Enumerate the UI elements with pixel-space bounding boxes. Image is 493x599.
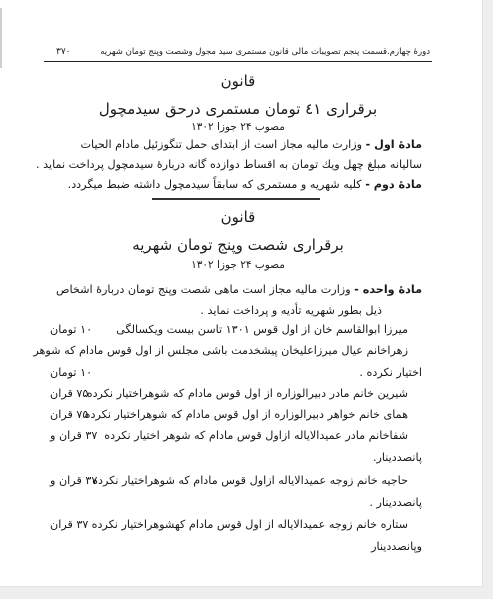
- beneficiary-entry: میرزا ابوالقاسم خان از اول قوس ۱۳۰۱ تاسن…: [50, 323, 422, 336]
- law1-article2: مادهٔ دوم - کلیه شهریه و مستمری که سابقا…: [50, 178, 422, 191]
- beneficiary-entry: شیرین خانم مادر دبیرالوزاره از اول قوس م…: [50, 387, 422, 400]
- law2-article-line1: مادهٔ واحده - وزارت مالیه مجاز است ماهی …: [50, 283, 422, 296]
- law2-approval: مصوب ۲۴ جوزا ۱۳۰۲: [44, 259, 432, 271]
- entry-text: میرزا ابوالقاسم خان از اول قوس ۱۳۰۱ تاسن…: [116, 323, 408, 336]
- entry-amount: ۳۷ قران: [50, 518, 88, 531]
- entry-text: شفاخانم مادر عمیدالایاله ازاول قوس مادام…: [104, 429, 408, 442]
- beneficiary-entry-continued: پانصددینار.: [50, 451, 422, 464]
- article-single-label: مادهٔ واحده -: [354, 283, 422, 296]
- law1-heading: قانون: [44, 72, 432, 90]
- entry-text: همای خانم خواهر دبیرالوزاره از اول قوس م…: [85, 408, 408, 421]
- running-head: دورهٔ چهارم.قسمت پنجم تصویبات مالی قانون…: [44, 45, 432, 62]
- entry-text: حاجیه خانم زوجه عمیدالایاله ازاول قوس ما…: [92, 474, 408, 487]
- beneficiary-entry: ستاره خانم زوجه عمیدالایاله از اول قوس م…: [50, 518, 422, 531]
- beneficiary-entry: زهراخانم عیال میرزاعلیخان پیشخدمت باشی م…: [50, 344, 422, 357]
- article-single-text: وزارت مالیه مجاز است ماهی شصت وپنج تومان…: [56, 283, 351, 296]
- law1-approval: مصوب ۲۴ جوزا ۱۳۰۲: [44, 121, 432, 133]
- law1-article1-line2: سالیانه مبلغ چهل ویك تومان به اقساط دواز…: [50, 158, 422, 171]
- running-head-text: دورهٔ چهارم.قسمت پنجم تصویبات مالی قانون…: [100, 45, 430, 59]
- entry-text: پانصددینار .: [369, 496, 422, 509]
- article2-text: کلیه شهریه و مستمری که سابقاً سیدمچول دا…: [68, 178, 362, 191]
- entry-amount: ۷۵ قران: [50, 387, 88, 400]
- entry-amount: ۳۷ قران و: [50, 474, 97, 487]
- beneficiary-entry-continued: وپانصددینار: [50, 540, 422, 553]
- entry-amount: ۱۰ تومان: [50, 366, 92, 379]
- beneficiary-entry: شفاخانم مادر عمیدالایاله ازاول قوس مادام…: [50, 429, 422, 442]
- page-number: ۳۷۰: [56, 45, 71, 59]
- entry-text: شیرین خانم مادر دبیرالوزاره از اول قوس م…: [87, 387, 408, 400]
- entry-text: زهراخانم عیال میرزاعلیخان پیشخدمت باشی م…: [33, 344, 408, 357]
- law1-title: برقراری ٤١ تومان مستمری درحق سیدمچول: [44, 100, 432, 118]
- article2-label: مادهٔ دوم -: [365, 178, 422, 191]
- entry-text: پانصددینار.: [373, 451, 422, 464]
- entry-amount: ۱۰ تومان: [50, 323, 92, 336]
- article1-label: مادهٔ اول -: [366, 138, 422, 151]
- law2-heading: قانون: [44, 208, 432, 226]
- document-page: دورهٔ چهارم.قسمت پنجم تصویبات مالی قانون…: [0, 0, 483, 587]
- beneficiary-entry: همای خانم خواهر دبیرالوزاره از اول قوس م…: [50, 408, 422, 421]
- entry-text: ستاره خانم زوجه عمیدالایاله از اول قوس م…: [92, 518, 408, 531]
- page-edge: [0, 8, 2, 68]
- entry-amount: ۳۷ قران و: [50, 429, 97, 442]
- entry-text: وپانصددینار: [371, 540, 422, 553]
- beneficiary-entry-continued: پانصددینار .: [50, 496, 422, 509]
- law2-article-line2: ذیل بطور شهریه تأدیه و پرداخت نماید .: [50, 304, 422, 317]
- law1-article1-line1: مادهٔ اول - وزارت مالیه مجاز است از ابتد…: [50, 138, 422, 151]
- beneficiary-entry-continued: اختیار نکرده . ۱۰ تومان: [50, 366, 422, 379]
- entry-text: اختیار نکرده .: [359, 366, 422, 379]
- law2-title: برقراری شصت وپنج تومان شهریه: [44, 236, 432, 254]
- section-divider: [152, 198, 320, 200]
- article1-text: وزارت مالیه مجاز است از ابتدای حمل تنگوز…: [81, 138, 363, 151]
- beneficiary-entry: حاجیه خانم زوجه عمیدالایاله ازاول قوس ما…: [50, 474, 422, 487]
- entry-amount: ۷۵ قران: [50, 408, 88, 421]
